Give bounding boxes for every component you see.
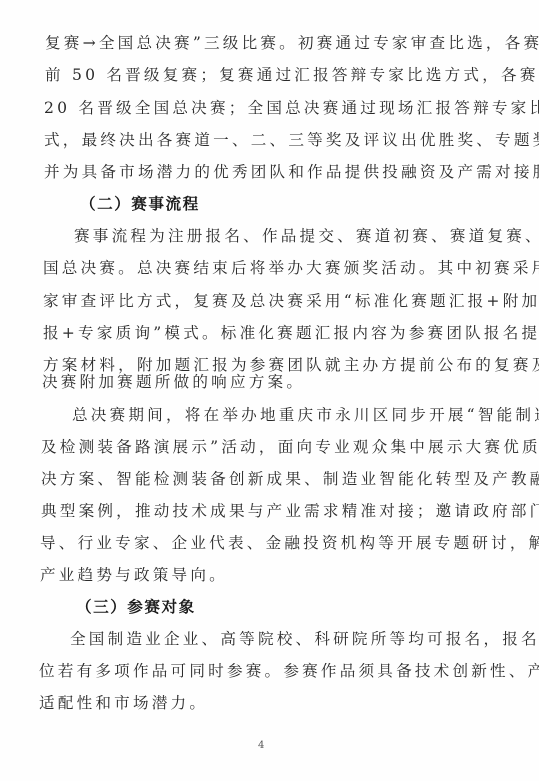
text-line: 产业趋势与政策导向。: [40, 565, 228, 585]
text-line: 报+专家质询”模式。标准化赛题汇报内容为参赛团队报名提交的: [43, 323, 539, 343]
text-line: 位若有多项作品可同时参赛。参赛作品须具备技术创新性、产业: [39, 661, 539, 681]
section-heading-process: （二）赛事流程: [80, 194, 200, 214]
text-line: 并为具备市场潜力的优秀团队和作品提供投融资及产需对接服务。: [44, 162, 539, 182]
text-line: 导、行业专家、企业代表、金融投资机构等开展专题研讨，解读: [40, 533, 539, 553]
text-line: 20 名晋级全国总决赛；全国总决赛通过现场汇报答辩专家比选方: [44, 98, 539, 118]
text-line: 总决赛期间，将在举办地重庆市永川区同步开展“智能制造: [72, 405, 539, 425]
text-line: 决方案、智能检测装备创新成果、制造业智能化转型及产教融合: [41, 469, 539, 489]
text-line: 家审查评比方式，复赛及总决赛采用“标准化赛题汇报+附加题汇: [43, 291, 539, 311]
text-line: 赛事流程为注册报名、作品提交、赛道初赛、赛道复赛、全: [74, 226, 539, 246]
text-line: 复赛→全国总决赛”三级比赛。初赛通过专家审查比选，各赛道: [45, 33, 539, 53]
page-number: 4: [258, 740, 264, 751]
text-line: 决赛附加赛题所做的响应方案。: [42, 372, 305, 392]
document-page: 复赛→全国总决赛”三级比赛。初赛通过专家审查比选，各赛道 前 50 名晋级复赛；…: [0, 0, 539, 781]
text-line: 及检测装备路演展示”活动，面向专业观众集中展示大赛优质解: [41, 437, 539, 457]
text-line: 国总决赛。总决赛结束后将举办大赛颁奖活动。其中初赛采用专: [43, 258, 539, 278]
section-heading-participants: （三）参赛对象: [76, 597, 196, 617]
text-line: 典型案例，推动技术成果与产业需求精准对接；邀请政府部门领: [41, 501, 539, 521]
text-line: 适配性和市场潜力。: [39, 693, 208, 713]
text-line: 前 50 名晋级复赛；复赛通过汇报答辩专家比选方式，各赛道前: [45, 65, 539, 85]
text-line: 全国制造业企业、高等院校、科研院所等均可报名，报名单: [70, 629, 539, 649]
text-line: 式，最终决出各赛道一、二、三等奖及评议出优胜奖、专题奖，: [44, 130, 539, 150]
